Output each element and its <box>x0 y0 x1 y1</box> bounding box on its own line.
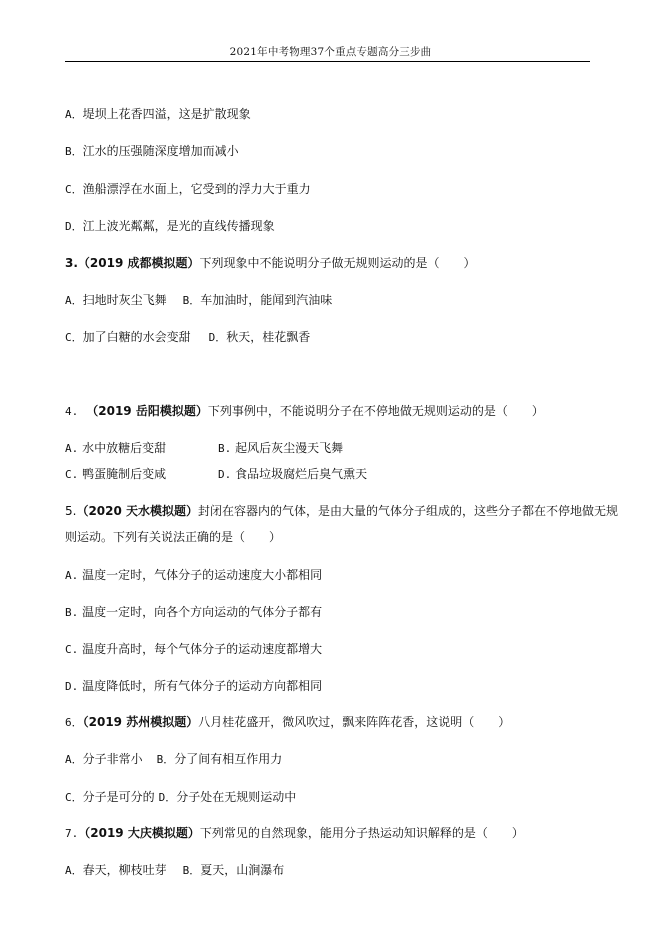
question-stem: 6．（2019 苏州模拟题）八月桂花盛开，微风吹过，飘来阵阵花香，这说明（ ） <box>65 714 510 731</box>
header-divider <box>65 61 590 62</box>
question-source: （2020 天水模拟题） <box>76 504 198 518</box>
options-row-ab: A．分子非常小B．分了间有相互作用力 <box>65 751 282 768</box>
question-stem: 4.（2019 岳阳模拟题）下列事例中，不能说明分子在不停地做无规则运动的是（ … <box>65 403 544 420</box>
header-title: 2021年中考物理37个重点专题高分三步曲 <box>0 44 661 59</box>
question-source: （2019 岳阳模拟题） <box>86 404 208 418</box>
question-source: （2019 成都模拟题） <box>78 256 200 270</box>
question-stem: 5.（2020 天水模拟题）封闭在容器内的气体，是由大量的气体分子组成的，这些分… <box>65 503 618 519</box>
options-row-ab: A. 水中放糖后变甜B. 起风后灰尘漫天飞舞 <box>65 440 465 457</box>
question-source: （2019 苏州模拟题） <box>83 715 199 729</box>
options-row-cd: C．分子是可分的D．分子处在无规则运动中 <box>65 789 296 806</box>
question-stem: 7.（2019 大庆模拟题）下列常见的自然现象，能用分子热运动知识解释的是（ ） <box>65 825 524 842</box>
option-b: B．江水的压强随深度增加而减小 <box>65 143 239 160</box>
option-c: C．渔船漂浮在水面上，它受到的浮力大于重力 <box>65 181 311 198</box>
question-stem: 3.（2019 成都模拟题）下列现象中不能说明分子做无规则运动的是（ ） <box>65 255 476 271</box>
question-source: （2019 大庆模拟题） <box>78 826 200 840</box>
option-a: A．堤坝上花香四溢，这是扩散现象 <box>65 106 251 123</box>
question-stem-continued: 则运动。下列有关说法正确的是（ ） <box>65 529 281 545</box>
option-d: D. 温度降低时，所有气体分子的运动方向都相同 <box>65 678 322 695</box>
options-row-ab: A．扫地时灰尘飞舞B．车加油时，能闻到汽油味 <box>65 292 332 309</box>
options-row-ab: A．春天，柳枝吐芽B．夏天，山涧瀑布 <box>65 862 284 879</box>
options-row-cd: C. 鸭蛋腌制后变咸D. 食品垃圾腐烂后臭气熏天 <box>65 466 465 483</box>
option-b: B. 温度一定时，向各个方向运动的气体分子都有 <box>65 604 322 621</box>
option-a: A. 温度一定时，气体分子的运动速度大小都相同 <box>65 567 322 584</box>
option-c: C. 温度升高时，每个气体分子的运动速度都增大 <box>65 641 322 658</box>
option-d: D．江上波光粼粼，是光的直线传播现象 <box>65 218 275 235</box>
options-row-cd: C．加了白糖的水会变甜D．秋天，桂花飘香 <box>65 329 310 346</box>
